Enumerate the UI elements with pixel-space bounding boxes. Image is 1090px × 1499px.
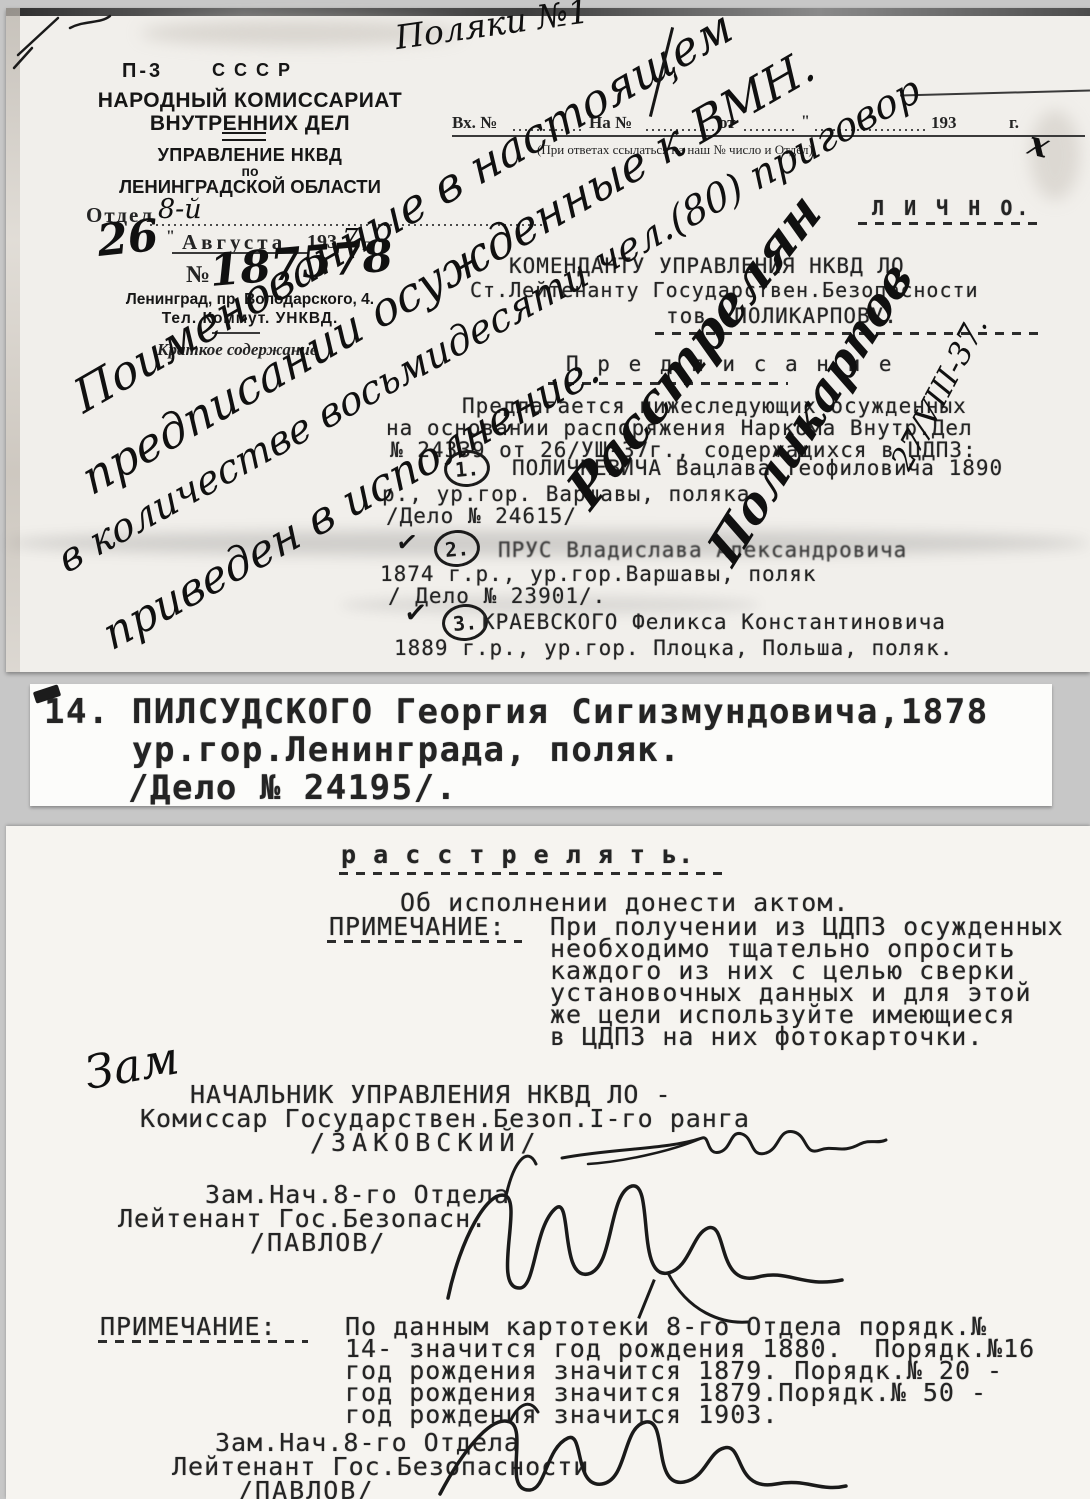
deputy-name-pavlov: /ПАВЛОВ/ [250, 1228, 386, 1257]
doc-number-label: № [186, 262, 210, 289]
checkmark: ✓ [394, 527, 420, 560]
dashed-underline [339, 872, 729, 875]
checkmark: ✓ [403, 595, 429, 630]
note2-label: ПРИМЕЧАНИЕ: [100, 1312, 277, 1341]
note-label: ПРИМЕЧАНИЕ: [329, 912, 506, 941]
date-quote: " [166, 228, 175, 246]
note-line: в ЦДПЗ на них фотокарточки. [550, 1022, 983, 1051]
personal-stamp: Л И Ч Н О. [872, 196, 1032, 220]
department-value-handwritten: 8-й [158, 194, 202, 225]
condemned-item-name: КРАЕВСКОГО Феликса Константиновича [482, 610, 946, 634]
letterhead-dept-line3: ЛЕНИНГРАДСКОЙ ОБЛАСТИ [75, 176, 425, 198]
form-g-label: г. [1009, 113, 1019, 133]
dashed-underline [327, 940, 522, 943]
insert-item-line1: 14. ПИЛСУДСКОГО Георгия Сигизмундовича,1… [44, 692, 989, 732]
corner-scribble [10, 10, 130, 80]
footer-name-pavlov: /ПАВЛОВ/ [238, 1476, 374, 1499]
resolution-shoot-order: р а с с т р е л я т ь. [341, 840, 694, 869]
letterhead-org-line1: НАРОДНЫЙ КОМИССАРИАТ [75, 89, 425, 113]
form-year: 193 [931, 113, 957, 133]
condemned-item-origin: 1889 г.р., ур.гор. Плоцка, Польша, поляк… [394, 636, 953, 660]
letterhead-code: П-3 [122, 60, 163, 83]
form-dotted-line [744, 129, 796, 131]
letterhead-divider [222, 132, 266, 141]
insert-item-line2: ур.гор.Ленинграда, поляк. [132, 730, 681, 770]
dashed-underline [858, 222, 1043, 225]
letterhead-country: СССР [212, 60, 299, 81]
condemned-item-origin: 1874 г.р., ур.гор.Варшавы, поляк [380, 562, 817, 586]
dashed-underline [98, 1340, 308, 1343]
condemned-item-case: /Дело № 24615/ [386, 504, 577, 528]
scan-torn-edge [6, 8, 20, 672]
insert-item-line3: /Дело № 24195/. [128, 768, 458, 808]
signature-pavlov-bottom [430, 1396, 850, 1499]
date-day-handwritten: 26 [95, 210, 161, 267]
